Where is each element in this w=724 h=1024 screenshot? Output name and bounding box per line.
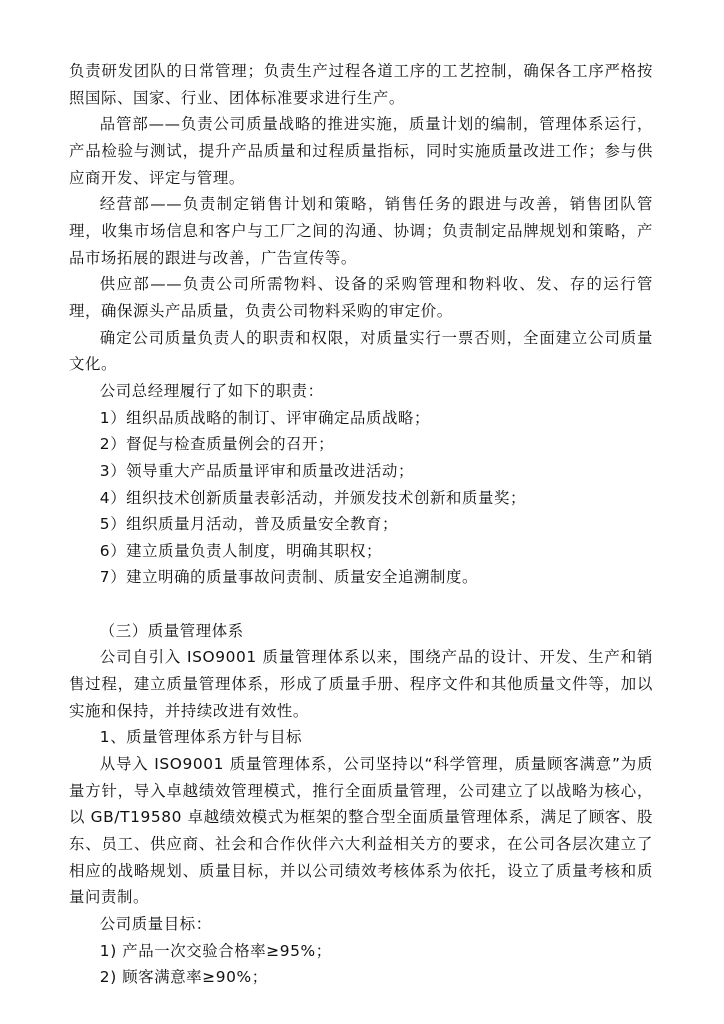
subheading-policy-goals: 1、质量管理体系方针与目标 [69, 724, 653, 751]
paragraph-quality-responsibility: 确定公司质量负责人的职责和权限，对质量实行一票否则，全面建立公司质量文化。 [69, 325, 653, 378]
document-page: 负责研发团队的日常管理；负责生产过程各道工序的工艺控制，确保各工序严格按照国际、… [69, 58, 653, 991]
paragraph-iso-introduction: 公司自引入 ISO9001 质量管理体系以来，围绕产品的设计、开发、生产和销售过… [69, 644, 653, 724]
blank-line [69, 591, 653, 618]
list-item-goal-1: 1) 产品一次交验合格率≥95%； [69, 938, 653, 965]
list-item-gm-duty-1: 1）组织品质战略的制订、评审确定品质战略； [69, 405, 653, 432]
list-item-gm-duty-7: 7）建立明确的质量事故问责制、质量安全追溯制度。 [69, 564, 653, 591]
paragraph-sales-department: 经营部——负责制定销售计划和策略，销售任务的跟进与改善，销售团队管理，收集市场信… [69, 191, 653, 271]
paragraph-quality-goals-intro: 公司质量目标： [69, 911, 653, 938]
paragraph-supply-department: 供应部——负责公司所需物料、设备的采购管理和物料收、发、存的运行管理，确保源头产… [69, 271, 653, 324]
paragraph-gm-duties-intro: 公司总经理履行了如下的职责： [69, 378, 653, 405]
section-heading-quality-system: （三）质量管理体系 [69, 618, 653, 645]
list-item-gm-duty-2: 2）督促与检查质量例会的召开； [69, 431, 653, 458]
paragraph-quality-policy: 从导入 ISO9001 质量管理体系，公司坚持以“科学管理，质量顾客满意”为质量… [69, 751, 653, 911]
list-item-gm-duty-3: 3）领导重大产品质量评审和质量改进活动； [69, 458, 653, 485]
list-item-goal-2: 2) 顾客满意率≥90%； [69, 964, 653, 991]
list-item-gm-duty-6: 6）建立质量负责人制度，明确其职权； [69, 538, 653, 565]
list-item-gm-duty-4: 4）组织技术创新质量表彰活动，并颁发技术创新和质量奖； [69, 485, 653, 512]
list-item-gm-duty-5: 5）组织质量月活动，普及质量安全教育； [69, 511, 653, 538]
paragraph-quality-department: 品管部——负责公司质量战略的推进实施，质量计划的编制，管理体系运行，产品检验与测… [69, 111, 653, 191]
paragraph-rd-continued: 负责研发团队的日常管理；负责生产过程各道工序的工艺控制，确保各工序严格按照国际、… [69, 58, 653, 111]
